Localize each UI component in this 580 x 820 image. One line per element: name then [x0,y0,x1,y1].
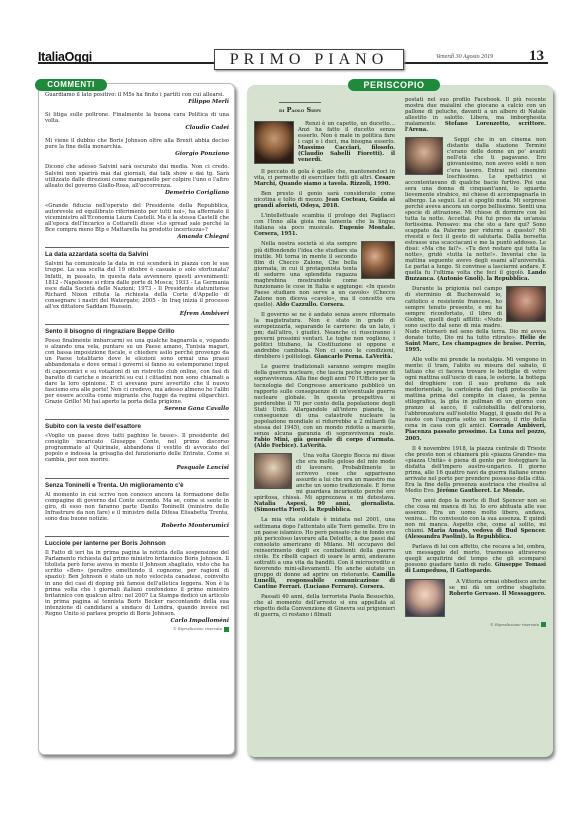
quote-item: Il 4 novembre 1918, la piazza centrale d… [405,446,546,494]
article-title: Lucciole per lanterne per Boris Johnson [45,536,229,547]
quote-source: Fabio Mini, già generale di corpo d'arma… [254,437,395,449]
periscopio-tag: PERISCOPIO [348,79,440,91]
quote-source: Natalia Aspesi, 90 anni, giornalista. (S… [254,501,395,513]
comment-author: Filippo Merli [45,98,229,106]
quote-item: Il governo se ne è andato senza avere ri… [254,312,395,360]
quote-item: Tre anni dopo la morte di Bud Spencer no… [405,498,546,540]
comment-text: Si litiga sulle poltrone. Finalmente la … [45,112,229,124]
periscopio-column-2: postati nel suo profilo Facebook. Il più… [405,97,546,627]
quote-source: Jérôme Gautheret. Le Monde. [437,488,525,494]
comment-author: Amanda Chiegni [45,233,229,241]
article-title: Subito con la veste dell'esattore [45,419,229,430]
quote-source: Aldo Cazzullo. Corsera. [276,302,345,308]
issue-date: Venerdì 30 Agosto 2019 [436,54,493,60]
quote-text: La mia vita solidale è iniziata nel 2001… [254,517,395,577]
article-text: Posso finalmente imbarcarmi su una qualc… [45,338,229,405]
commenti-tag: COMMENTI [35,79,107,91]
rights-text: © Riproduzione riservata [490,622,539,627]
quote-item: Nella nostra società si sta sempre più d… [254,241,395,308]
author-photo [254,121,294,164]
quote-source: Giancarlo Perna. LaVerità. [314,354,392,360]
comment-text: «Grande fiducia nell'operato del Preside… [45,203,229,233]
quote-item: Alle volte mi prende la nostalgia. Mi ve… [405,357,546,442]
comment-text: Dicono che adesso Salvini sarà oscurato … [45,164,229,188]
article-title: Senza Toninelli e Trenta. Un miglioramen… [45,478,229,489]
end-square-icon [224,627,229,632]
article-text: Salvini ha comunicato la data in cui sce… [45,261,229,310]
article-author: Roberto Monterumici [45,522,229,530]
quote-item: postati nel suo profilo Facebook. Il più… [405,97,546,133]
comment-author: Giorgio Ponziano [45,150,229,158]
quote-source: Massimo Cacciari, filosofo. (Claudio Sab… [298,145,395,163]
article-title: Sento il bisogno di ringraziare Beppe Gr… [45,324,229,335]
article-author: Serena Gana Cavallo [45,405,229,413]
article-title: La data azzardata scelta da Salvini [45,247,229,258]
quote-item: L'intellettuale scambia il prologo dei P… [254,213,395,237]
quote-text: Passati 40 anni, della terrorista Paola … [254,594,395,618]
quote-item: La mia vita solidale è iniziata nel 2001… [254,517,395,590]
end-square-icon [541,622,546,627]
quote-item: Una volta Giorgio Bocca mi disse che era… [254,453,395,513]
article-author: Carlo Impalloméni [45,617,229,625]
article-text: Il Fatto di ieri ha in prima pagina la n… [45,550,229,617]
quote-source: Roberto Gervaso. Il Messaggero. [449,591,546,597]
comment-author: Demetrio Corigliano [45,189,229,197]
quote-item: Il peccato di gola è quello che, mantene… [254,169,395,187]
section-title: PRIMO PIANO [214,49,404,70]
author-photo [405,579,445,617]
comment-text: Mi viene il dubbio che Boris Johnson olt… [45,138,229,150]
quote-item: A Vittoria ormai obbedisco anche se mi d… [405,579,546,618]
article-text: «Voglio un paese dove tutti paghino le t… [45,433,229,463]
masthead: ItaliaOggi PRIMO PIANO Venerdì 30 Agosto… [38,48,548,70]
quote-source: Maria Amato, vedova di Bud Spencer. (Ale… [405,528,546,540]
quote-item: Le guerre tradizionali saranno sempre me… [254,364,395,449]
rights-notice: © Riproduzione riservata [405,622,546,628]
author-photo [506,286,546,322]
rights-notice: © Riproduzione riservata [45,626,229,632]
quote-text: Alle volte mi prende la nostalgia. Mi ve… [405,357,546,430]
author-photo [361,241,395,279]
quote-item: Renzi è un capetto, un ducetto… Anzi ha … [254,121,395,165]
commenti-column: Guardiamo il lato positivo: il M5s ha fi… [38,83,235,755]
quote-item: Passati 40 anni, della terrorista Paola … [254,594,395,618]
byline: di Paolo Siepi [279,102,321,114]
periscopio-column-1: di Paolo Siepi Renzi è un capetto, un du… [254,97,395,622]
author-photo [405,137,443,175]
comment-author: Claudio Cadei [45,124,229,132]
rights-text: © Riproduzione riservata [173,626,222,631]
quote-text: Renzi è un capetto, un ducetto… Anzi ha … [298,121,395,145]
article-author: Pasquale Lancisi [45,464,229,472]
article-author: Efrem Ambiveri [45,310,229,318]
quote-text: Il peccato di gola è quello che, mantene… [254,169,395,181]
quote-text: Il 4 novembre 1918, la piazza centrale d… [405,446,546,494]
quote-text: Le guerre tradizionali saranno sempre me… [254,364,395,437]
author-photo [254,453,292,489]
quote-item: Ben presto il genio sarà considerato com… [254,191,395,209]
quote-item: Seppi che in un cinema non distante dall… [405,137,546,282]
article-text: Al momento in cui scrivo non conosco anc… [45,492,229,522]
page-number: 13 [529,48,544,65]
quote-item: Parlava di lui con affetto, che recava a… [405,544,546,574]
quote-item: Durante la prigionia nel campo di stermi… [405,286,546,353]
periscopio-box: di Paolo Siepi Renzi è un capetto, un du… [247,85,553,757]
quote-text: A Vittoria ormai obbedisco anche se mi d… [449,579,546,591]
